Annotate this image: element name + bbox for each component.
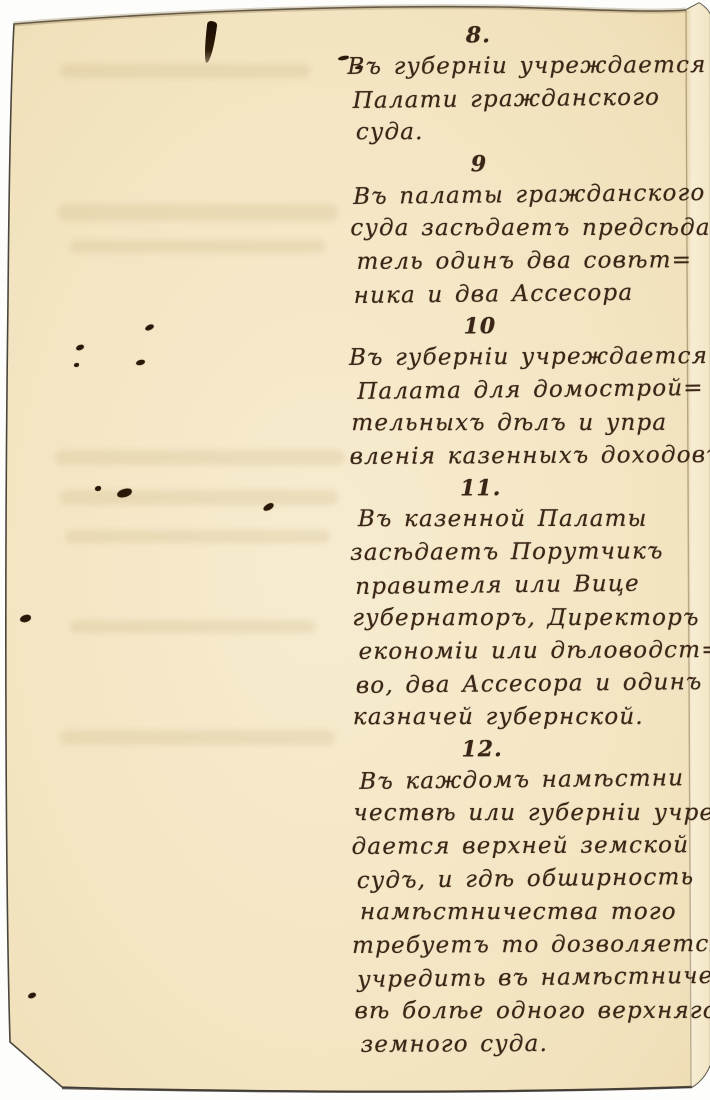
bleed-through-line <box>60 490 338 505</box>
manuscript-line: Въ казенной Палаты <box>350 503 704 536</box>
manuscript-line: чествѣ или губерніи учреж= <box>351 797 705 830</box>
manuscript-line: Въ губерніи учреждается <box>347 49 701 84</box>
manuscript-line: Въ каждомъ намѣстни <box>351 762 705 799</box>
article-number: 12. <box>351 733 705 765</box>
bleed-through-line <box>58 204 338 221</box>
manuscript-line: вленія казенныхъ доходовъ <box>349 439 703 474</box>
manuscript-text: 8.Въ губерніи учреждаетсяПалати гражданс… <box>347 19 706 1062</box>
manuscript-line: Въ губерніи учреждается <box>349 340 703 375</box>
bleed-through-line <box>55 450 345 465</box>
manuscript-line: Палати гражданского <box>348 81 702 118</box>
bleed-through-line <box>70 240 325 253</box>
manuscript-line: Палата для домострой= <box>349 372 703 409</box>
manuscript-page: 8.Въ губерніи учреждаетсяПалати гражданс… <box>0 0 710 1100</box>
manuscript-line: суда. <box>348 116 702 149</box>
manuscript-line: суда засѣдаетъ предсѣда <box>348 212 702 245</box>
manuscript-line: засѣдаетъ Порутчикъ <box>350 535 704 570</box>
manuscript-line: тель одинъ два совѣт= <box>348 244 702 279</box>
article-number: 10 <box>349 310 703 342</box>
bleed-through-line <box>70 620 315 633</box>
manuscript-line: дается верхней земской <box>352 829 706 864</box>
manuscript-line: ника и два Ассесора <box>349 276 703 313</box>
manuscript-line: учредить въ намѣстничест= <box>352 960 706 997</box>
manuscript-line: намѣстничества того <box>352 896 706 929</box>
manuscript-line: Въ палаты гражданского <box>348 177 702 214</box>
manuscript-line: економіи или дѣловодст= <box>350 634 704 669</box>
manuscript-line: вѣ болѣе одного верхняго <box>352 995 706 1028</box>
manuscript-line: тельныхъ дѣлъ и упра <box>349 407 703 440</box>
manuscript-line: губернаторъ, Директоръ <box>350 602 704 635</box>
article-number: 8. <box>347 19 701 51</box>
manuscript-line: земного суда. <box>353 1027 707 1062</box>
manuscript-line: казначей губернской. <box>351 701 705 734</box>
bleed-through-line <box>65 530 330 543</box>
manuscript-line: во, два Ассесора и одинъ <box>351 666 705 703</box>
article-number: 9 <box>348 148 702 180</box>
bleed-through-line <box>60 730 335 745</box>
article-number: 11. <box>350 472 704 504</box>
bleed-through-line <box>60 64 310 78</box>
manuscript-line: судъ, и гдѣ обширность <box>352 861 706 898</box>
manuscript-line: требуетъ то дозволяется <box>352 928 706 963</box>
manuscript-line: правителя или Вице <box>350 567 704 604</box>
